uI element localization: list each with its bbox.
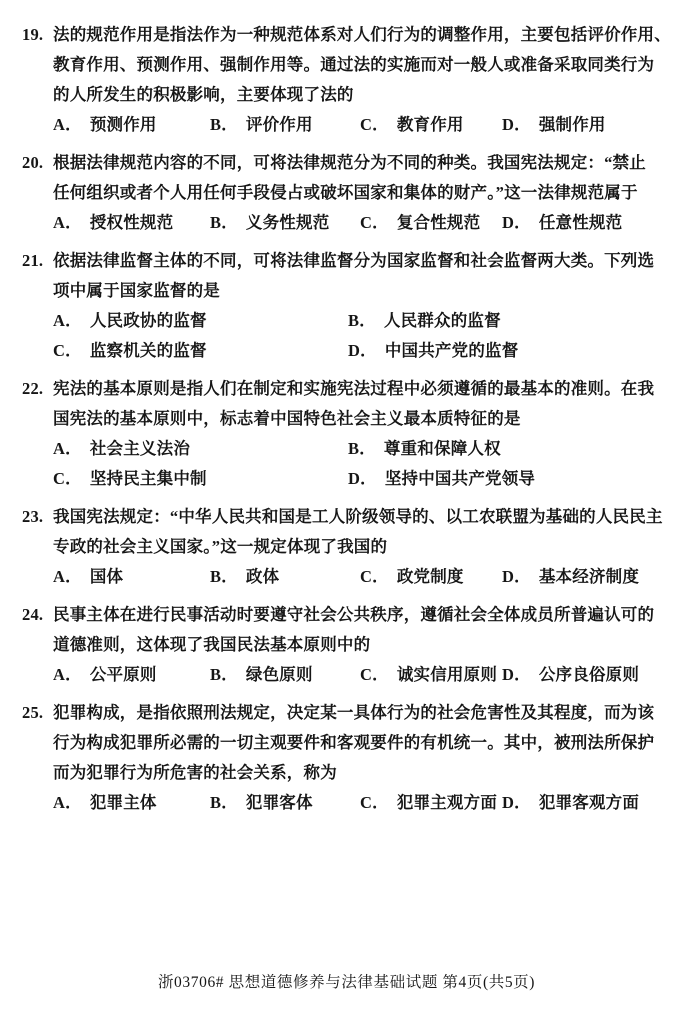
option-label: A． — [53, 439, 82, 458]
answer-option: D．中国共产党的监督 — [348, 336, 518, 366]
option-row: A．人民政协的监督B．人民群众的监督 — [53, 306, 693, 336]
option-label: D． — [502, 567, 531, 586]
option-text: 社会主义法治 — [90, 439, 190, 458]
option-label: A． — [53, 213, 82, 232]
question: 21. 依据法律监督主体的不同，可将法律监督分为国家监督和社会监督两大类。下列选… — [0, 246, 693, 366]
option-label: B． — [210, 665, 238, 684]
answer-option: A．公平原则 — [53, 660, 157, 690]
question-number: 20. — [22, 148, 43, 178]
option-label: D． — [348, 341, 377, 360]
answer-option: A．预测作用 — [53, 110, 157, 140]
option-text: 犯罪客观方面 — [539, 793, 639, 812]
option-text: 授权性规范 — [90, 213, 174, 232]
option-text: 预测作用 — [90, 115, 157, 134]
option-text: 坚持中国共产党领导 — [385, 469, 535, 488]
question: 19. 法的规范作用是指法作为一种规范体系对人们行为的调整作用，主要包括评价作用… — [0, 20, 693, 140]
answer-option: B．犯罪客体 — [210, 788, 313, 818]
question-line: 我国宪法规定：“中华人民共和国是工人阶级领导的、以工农联盟为基础的人民民主 — [53, 502, 693, 532]
exam-page: 19. 法的规范作用是指法作为一种规范体系对人们行为的调整作用，主要包括评价作用… — [0, 0, 693, 1024]
option-label: C． — [53, 469, 82, 488]
option-row: A．预测作用B．评价作用C．教育作用D．强制作用 — [53, 110, 693, 140]
question-lines: 宪法的基本原则是指人们在制定和实施宪法过程中必须遵循的最基本的准则。在我国宪法的… — [53, 374, 693, 434]
question-lines: 犯罪构成，是指依照刑法规定，决定某一具体行为的社会危害性及其程度，而为该行为构成… — [53, 698, 693, 788]
answer-option: D．任意性规范 — [502, 208, 622, 238]
option-label: B． — [210, 213, 238, 232]
answer-option: D．强制作用 — [502, 110, 606, 140]
question-options: A．犯罪主体B．犯罪客体C．犯罪主观方面D．犯罪客观方面 — [53, 788, 693, 818]
option-label: C． — [360, 213, 389, 232]
option-text: 中国共产党的监督 — [385, 341, 519, 360]
question-line: 国宪法的基本原则中，标志着中国特色社会主义最本质特征的是 — [53, 404, 693, 434]
answer-option: D．公序良俗原则 — [502, 660, 639, 690]
option-label: B． — [348, 311, 376, 330]
answer-option: A．授权性规范 — [53, 208, 173, 238]
option-label: B． — [348, 439, 376, 458]
option-text: 强制作用 — [539, 115, 606, 134]
question-line: 根据法律规范内容的不同，可将法律规范分为不同的种类。我国宪法规定：“禁止 — [53, 148, 693, 178]
option-text: 义务性规范 — [246, 213, 330, 232]
option-text: 坚持民主集中制 — [90, 469, 207, 488]
option-label: C． — [360, 793, 389, 812]
answer-option: C．犯罪主观方面 — [360, 788, 497, 818]
answer-option: A．国体 — [53, 562, 123, 592]
answer-option: B．人民群众的监督 — [348, 306, 501, 336]
option-label: A． — [53, 793, 82, 812]
answer-option: A．社会主义法治 — [53, 434, 190, 464]
option-row: C．坚持民主集中制D．坚持中国共产党领导 — [53, 464, 693, 494]
option-text: 政党制度 — [397, 567, 464, 586]
question-line: 依据法律监督主体的不同，可将法律监督分为国家监督和社会监督两大类。下列选 — [53, 246, 693, 276]
option-label: A． — [53, 567, 82, 586]
answer-option: B．尊重和保障人权 — [348, 434, 501, 464]
option-label: B． — [210, 793, 238, 812]
question: 22. 宪法的基本原则是指人们在制定和实施宪法过程中必须遵循的最基本的准则。在我… — [0, 374, 693, 494]
option-text: 政体 — [246, 567, 279, 586]
answer-option: D．犯罪客观方面 — [502, 788, 639, 818]
answer-option: B．政体 — [210, 562, 279, 592]
option-label: A． — [53, 115, 82, 134]
question-options: A．授权性规范B．义务性规范C．复合性规范D．任意性规范 — [53, 208, 693, 238]
question-line: 宪法的基本原则是指人们在制定和实施宪法过程中必须遵循的最基本的准则。在我 — [53, 374, 693, 404]
answer-option: D．坚持中国共产党领导 — [348, 464, 535, 494]
option-row: C．监察机关的监督D．中国共产党的监督 — [53, 336, 693, 366]
question-options: A．公平原则B．绿色原则C．诚实信用原则D．公序良俗原则 — [53, 660, 693, 690]
option-label: D． — [502, 213, 531, 232]
option-text: 公序良俗原则 — [539, 665, 639, 684]
answer-option: C．诚实信用原则 — [360, 660, 497, 690]
question-lines: 依据法律监督主体的不同，可将法律监督分为国家监督和社会监督两大类。下列选项中属于… — [53, 246, 693, 306]
option-label: A． — [53, 665, 82, 684]
question-number: 19. — [22, 20, 43, 50]
option-text: 教育作用 — [397, 115, 464, 134]
option-label: C． — [360, 665, 389, 684]
option-label: B． — [210, 567, 238, 586]
option-label: C． — [360, 115, 389, 134]
question-options: A．国体B．政体C．政党制度D．基本经济制度 — [53, 562, 693, 592]
question-number: 23. — [22, 502, 43, 532]
answer-option: A．犯罪主体 — [53, 788, 157, 818]
option-text: 公平原则 — [90, 665, 157, 684]
option-label: D． — [348, 469, 377, 488]
option-row: A．社会主义法治B．尊重和保障人权 — [53, 434, 693, 464]
page-footer: 浙03706# 思想道德修养与法律基础试题 第4页(共5页) — [0, 970, 693, 992]
answer-option: B．评价作用 — [210, 110, 313, 140]
question-list: 19. 法的规范作用是指法作为一种规范体系对人们行为的调整作用，主要包括评价作用… — [0, 20, 693, 826]
question-line: 行为构成犯罪所必需的一切主观要件和客观要件的有机统一。其中，被刑法所保护 — [53, 728, 693, 758]
question-lines: 我国宪法规定：“中华人民共和国是工人阶级领导的、以工农联盟为基础的人民民主专政的… — [53, 502, 693, 562]
question-lines: 民事主体在进行民事活动时要遵守社会公共秩序，遵循社会全体成员所普遍认可的道德准则… — [53, 600, 693, 660]
option-row: A．公平原则B．绿色原则C．诚实信用原则D．公序良俗原则 — [53, 660, 693, 690]
option-text: 绿色原则 — [246, 665, 313, 684]
option-text: 复合性规范 — [397, 213, 481, 232]
option-text: 犯罪主观方面 — [397, 793, 497, 812]
question-line: 道德准则，这体现了我国民法基本原则中的 — [53, 630, 693, 660]
option-text: 评价作用 — [246, 115, 313, 134]
question-line: 而为犯罪行为所危害的社会关系，称为 — [53, 758, 693, 788]
option-text: 犯罪主体 — [90, 793, 157, 812]
option-label: D． — [502, 115, 531, 134]
question-lines: 法的规范作用是指法作为一种规范体系对人们行为的调整作用，主要包括评价作用、教育作… — [53, 20, 693, 110]
answer-option: B．义务性规范 — [210, 208, 329, 238]
question-number: 21. — [22, 246, 43, 276]
answer-option: A．人民政协的监督 — [53, 306, 207, 336]
option-text: 人民群众的监督 — [384, 311, 501, 330]
question: 23. 我国宪法规定：“中华人民共和国是工人阶级领导的、以工农联盟为基础的人民民… — [0, 502, 693, 592]
option-text: 任意性规范 — [539, 213, 623, 232]
question-number: 24. — [22, 600, 43, 630]
option-label: C． — [360, 567, 389, 586]
option-text: 国体 — [90, 567, 123, 586]
question: 20. 根据法律规范内容的不同，可将法律规范分为不同的种类。我国宪法规定：“禁止… — [0, 148, 693, 238]
option-row: A．授权性规范B．义务性规范C．复合性规范D．任意性规范 — [53, 208, 693, 238]
question: 25. 犯罪构成，是指依照刑法规定，决定某一具体行为的社会危害性及其程度，而为该… — [0, 698, 693, 818]
question-line: 的人所发生的积极影响，主要体现了法的 — [53, 80, 693, 110]
option-label: B． — [210, 115, 238, 134]
option-text: 监察机关的监督 — [90, 341, 207, 360]
option-row: A．国体B．政体C．政党制度D．基本经济制度 — [53, 562, 693, 592]
option-text: 基本经济制度 — [539, 567, 639, 586]
question-lines: 根据法律规范内容的不同，可将法律规范分为不同的种类。我国宪法规定：“禁止任何组织… — [53, 148, 693, 208]
question: 24. 民事主体在进行民事活动时要遵守社会公共秩序，遵循社会全体成员所普遍认可的… — [0, 600, 693, 690]
answer-option: C．坚持民主集中制 — [53, 464, 207, 494]
option-label: A． — [53, 311, 82, 330]
option-text: 犯罪客体 — [246, 793, 313, 812]
option-label: C． — [53, 341, 82, 360]
question-line: 法的规范作用是指法作为一种规范体系对人们行为的调整作用，主要包括评价作用、 — [53, 20, 693, 50]
option-label: D． — [502, 793, 531, 812]
question-options: A．预测作用B．评价作用C．教育作用D．强制作用 — [53, 110, 693, 140]
answer-option: D．基本经济制度 — [502, 562, 639, 592]
answer-option: C．监察机关的监督 — [53, 336, 207, 366]
question-number: 25. — [22, 698, 43, 728]
question-options: A．人民政协的监督B．人民群众的监督C．监察机关的监督D．中国共产党的监督 — [53, 306, 693, 366]
answer-option: C．教育作用 — [360, 110, 464, 140]
option-text: 诚实信用原则 — [397, 665, 497, 684]
answer-option: B．绿色原则 — [210, 660, 313, 690]
option-text: 人民政协的监督 — [90, 311, 207, 330]
question-line: 任何组织或者个人用任何手段侵占或破坏国家和集体的财产。”这一法律规范属于 — [53, 178, 693, 208]
question-line: 项中属于国家监督的是 — [53, 276, 693, 306]
answer-option: C．复合性规范 — [360, 208, 480, 238]
answer-option: C．政党制度 — [360, 562, 464, 592]
question-line: 教育作用、预测作用、强制作用等。通过法的实施而对一般人或准备采取同类行为 — [53, 50, 693, 80]
option-label: D． — [502, 665, 531, 684]
question-line: 民事主体在进行民事活动时要遵守社会公共秩序，遵循社会全体成员所普遍认可的 — [53, 600, 693, 630]
option-row: A．犯罪主体B．犯罪客体C．犯罪主观方面D．犯罪客观方面 — [53, 788, 693, 818]
question-line: 犯罪构成，是指依照刑法规定，决定某一具体行为的社会危害性及其程度，而为该 — [53, 698, 693, 728]
question-number: 22. — [22, 374, 43, 404]
option-text: 尊重和保障人权 — [384, 439, 501, 458]
question-options: A．社会主义法治B．尊重和保障人权C．坚持民主集中制D．坚持中国共产党领导 — [53, 434, 693, 494]
question-line: 专政的社会主义国家。”这一规定体现了我国的 — [53, 532, 693, 562]
